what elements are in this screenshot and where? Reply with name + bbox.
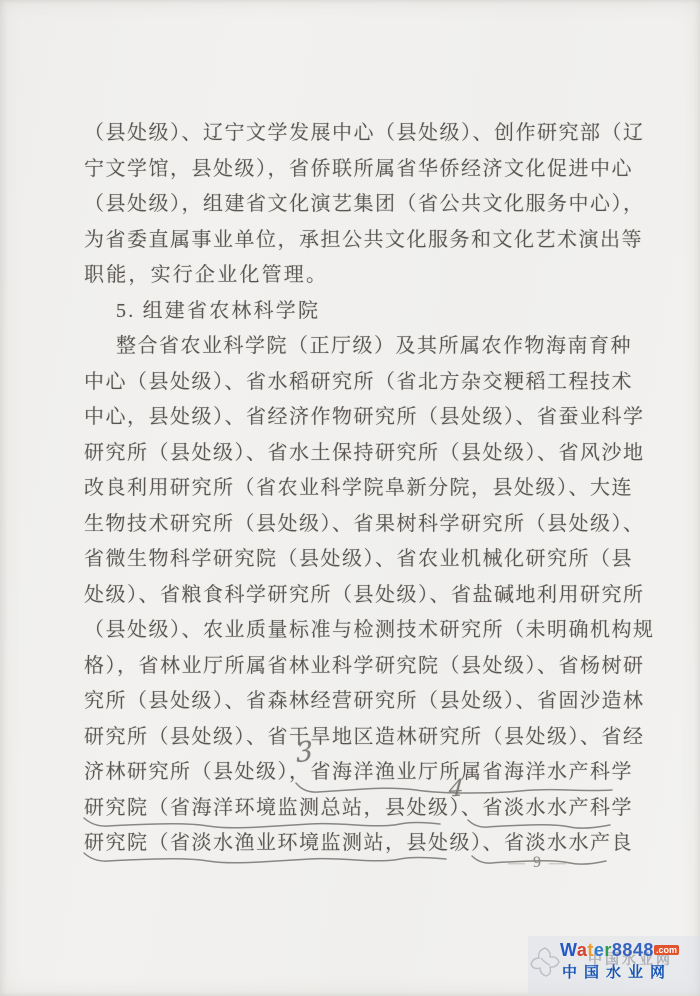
document-line: 研究所（县处级）、省干旱地区造林研究所（县处级）、省经 bbox=[84, 720, 610, 756]
watermark-letter: 8 bbox=[643, 940, 654, 960]
document-line: 职能，实行企业化管理。 bbox=[84, 258, 610, 294]
watermark-flower-icon bbox=[530, 944, 560, 980]
watermark-letter: 8 bbox=[612, 940, 623, 960]
document-line: 究所（县处级）、省森林经营研究所（县处级）、省固沙造林 bbox=[84, 684, 610, 720]
page-number: 9 bbox=[533, 854, 541, 872]
document-line: 生物技术研究所（县处级）、省果树科学研究所（县处级）、 bbox=[84, 507, 610, 543]
footer-dash: — bbox=[549, 855, 566, 871]
scanned-document-page: （县处级）、辽宁文学发展中心（县处级）、创作研究部（辽 宁文学馆，县处级），省侨… bbox=[0, 0, 700, 996]
document-line: 济林研究所（县处级），省海洋渔业厅所属省海洋水产科学 bbox=[84, 755, 610, 791]
watermark: 中国水业网 Water8848.com 中国水业网 bbox=[528, 936, 700, 994]
document-line: 整合省农业科学院（正厅级）及其所属农作物海南育种 bbox=[84, 329, 610, 365]
document-line: 研究院（省海洋环境监测总站，县处级）、省淡水水产科学 bbox=[84, 791, 610, 827]
document-line: 处级）、省粮食科学研究所（县处级）、省盐碱地利用研究所 bbox=[84, 578, 610, 614]
document-line: 研究所（县处级）、省水土保持研究所（县处级）、省风沙地 bbox=[84, 436, 610, 472]
watermark-domain-suffix: .com bbox=[654, 945, 679, 955]
section-heading: 5. 组建省农林科学院 bbox=[84, 294, 610, 330]
watermark-letter: 8 bbox=[622, 940, 633, 960]
document-body: （县处级）、辽宁文学发展中心（县处级）、创作研究部（辽 宁文学馆，县处级），省侨… bbox=[84, 116, 610, 862]
watermark-brand: Water8848.com bbox=[560, 940, 679, 961]
watermark-site-name: 中国水业网 bbox=[562, 961, 672, 982]
document-line: 改良利用研究所（省农业科学院阜新分院，县处级）、大连 bbox=[84, 471, 610, 507]
document-line: （县处级）、农业质量标准与检测技术研究所（未明确机构规 bbox=[84, 613, 610, 649]
page-number-footer: — 9 — bbox=[482, 854, 592, 872]
document-line: 省微生物科学研究院（县处级）、省农业机械化研究所（县 bbox=[84, 542, 610, 578]
document-line: 中心，县处级）、省经济作物研究所（县处级）、省蚕业科学 bbox=[84, 400, 610, 436]
watermark-letter: e bbox=[594, 940, 605, 960]
watermark-brand-letters: Water8848 bbox=[560, 940, 654, 960]
handwritten-mark-4: 4 bbox=[448, 775, 464, 802]
document-line: （县处级）、辽宁文学发展中心（县处级）、创作研究部（辽 bbox=[84, 116, 610, 152]
document-line: 为省委直属事业单位，承担公共文化服务和文化艺术演出等 bbox=[84, 223, 610, 259]
document-line: （县处级），组建省文化演艺集团（省公共文化服务中心）， bbox=[84, 187, 610, 223]
document-line: 宁文学馆，县处级），省侨联所属省华侨经济文化促进中心 bbox=[84, 152, 610, 188]
watermark-letter: a bbox=[577, 940, 588, 960]
watermark-letter: r bbox=[604, 940, 612, 960]
watermark-letter: W bbox=[560, 940, 577, 960]
footer-dash: — bbox=[508, 855, 525, 871]
document-line: 格），省林业厅所属省林业科学研究院（县处级）、省杨树研 bbox=[84, 649, 610, 685]
watermark-letter: 4 bbox=[633, 940, 644, 960]
document-line: 中心（县处级）、省水稻研究所（省北方杂交粳稻工程技术 bbox=[84, 365, 610, 401]
handwritten-mark-3: 3 bbox=[295, 736, 314, 770]
